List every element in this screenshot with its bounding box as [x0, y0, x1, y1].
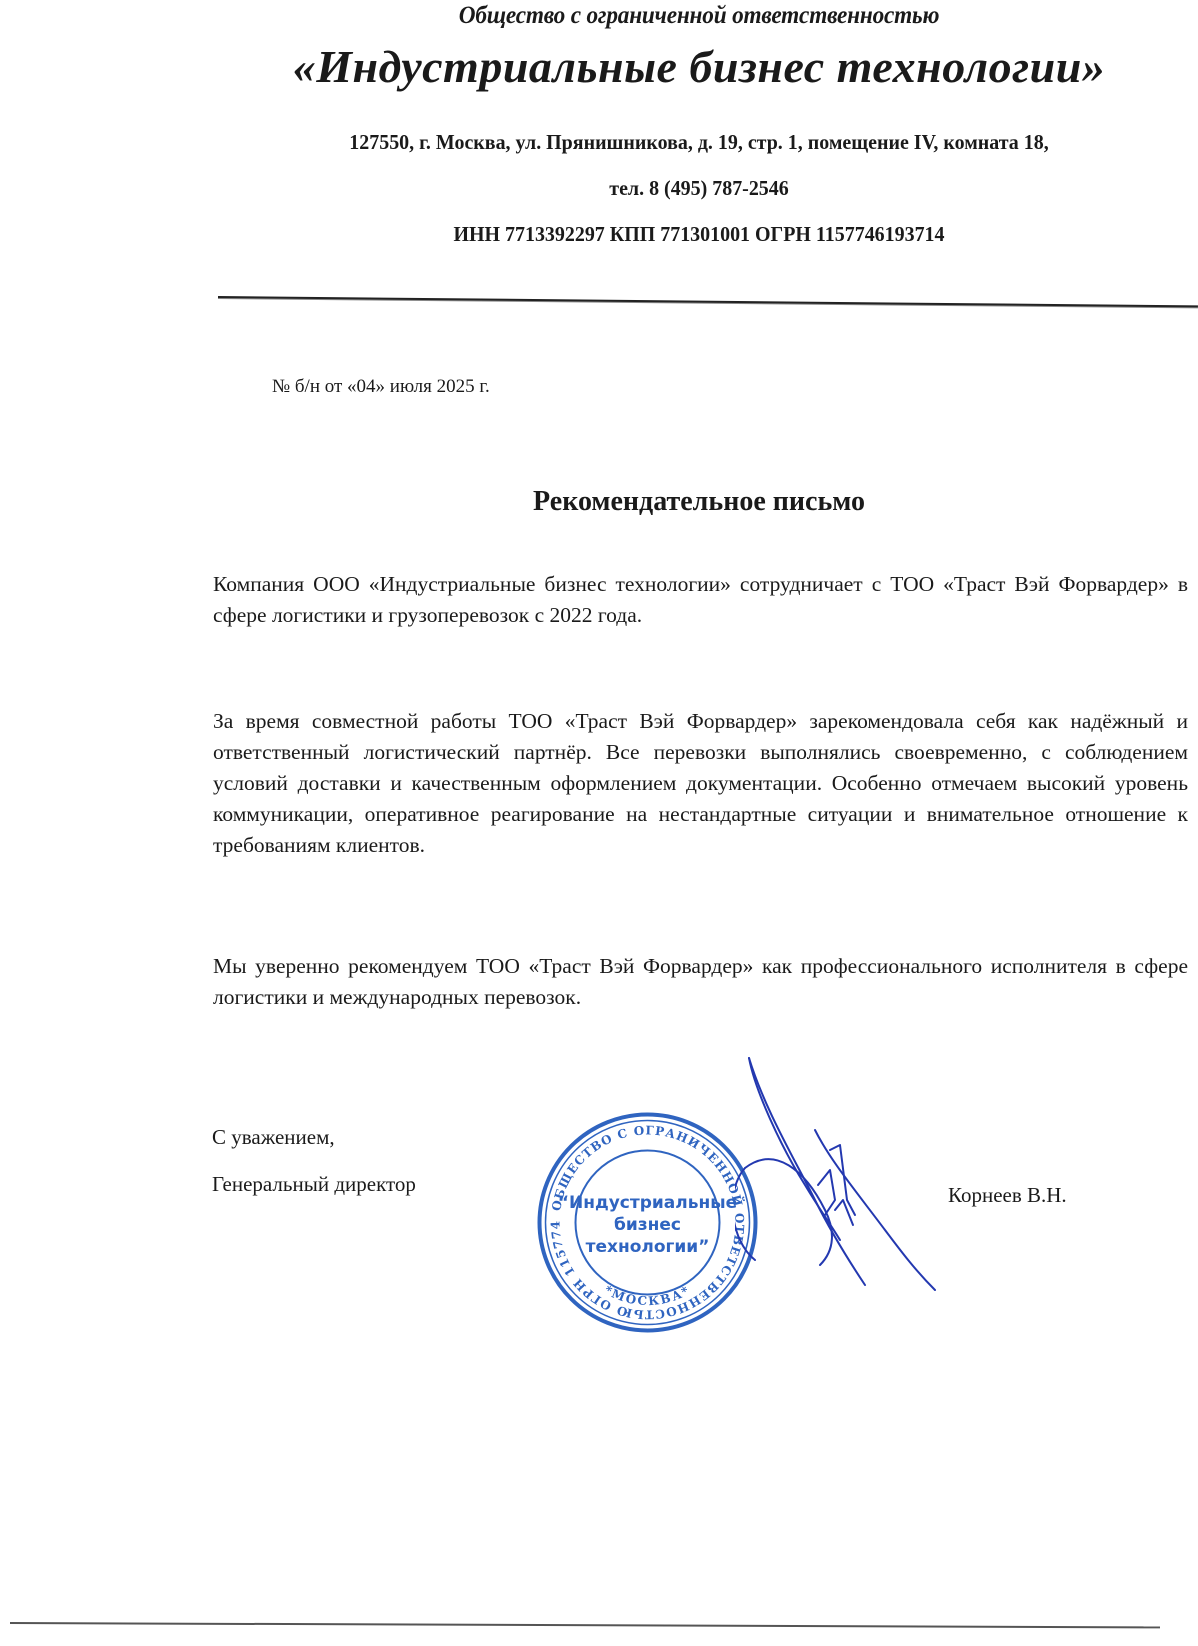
- closing-regards: С уважением,: [212, 1125, 335, 1150]
- body-paragraph-2: За время совместной работы ТОО «Траст Вэ…: [213, 706, 1188, 861]
- closing-signatory: Корнеев В.Н.: [948, 1183, 1067, 1208]
- signature-icon: [735, 1050, 955, 1310]
- svg-text:бизнес: бизнес: [614, 1215, 681, 1235]
- letterhead-org-form: Общество с ограниченной ответственностью: [235, 2, 1163, 30]
- closing-position: Генеральный директор: [212, 1172, 416, 1197]
- page-bottom-edge: [10, 1622, 1160, 1628]
- company-stamp: ОБЩЕСТВО С ОГРАНИЧЕННОЙ ОТВЕТСТВЕННОСТЬЮ…: [535, 1110, 760, 1335]
- letterhead-company-name: «Индустриальные бизнес технологии»: [200, 40, 1198, 93]
- svg-text:“Индустриальные: “Индустриальные: [558, 1193, 737, 1213]
- body-paragraph-1: Компания ООО «Индустриальные бизнес техн…: [213, 569, 1188, 631]
- svg-text:технологии”: технологии”: [586, 1237, 710, 1257]
- letterhead-requisites: ИНН 7713392297 КПП 771301001 ОГРН 115774…: [225, 222, 1173, 247]
- header-divider: [218, 296, 1198, 307]
- handwritten-signature: [735, 1050, 955, 1310]
- letter-title: Рекомендательное письмо: [200, 486, 1198, 518]
- letter-reference: № б/н от «04» июля 2025 г.: [272, 376, 490, 398]
- letterhead-phone: тел. 8 (495) 787-2546: [225, 176, 1173, 201]
- letterhead-address: 127550, г. Москва, ул. Прянишникова, д. …: [225, 130, 1173, 155]
- body-paragraph-3: Мы уверенно рекомендуем ТОО «Траст Вэй Ф…: [213, 951, 1188, 1013]
- stamp-icon: ОБЩЕСТВО С ОГРАНИЧЕННОЙ ОТВЕТСТВЕННОСТЬЮ…: [535, 1110, 760, 1335]
